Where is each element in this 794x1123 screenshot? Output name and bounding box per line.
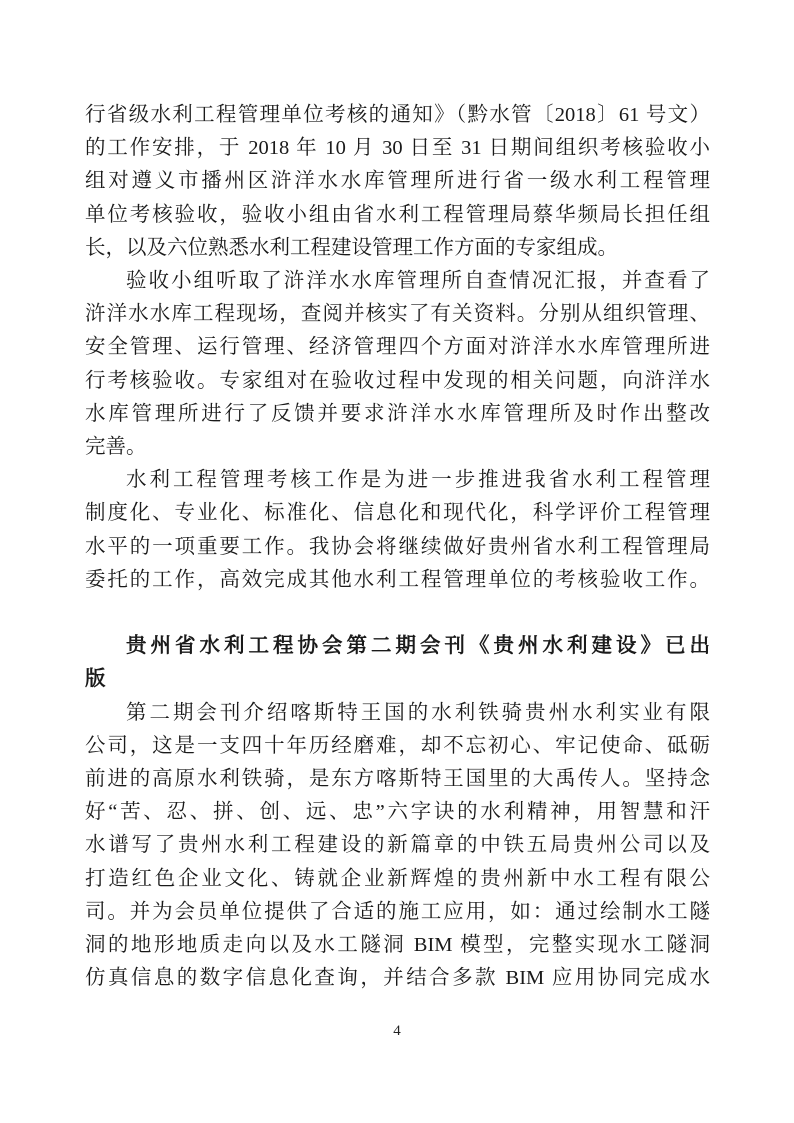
section-heading: 贵州省水利工程协会第二期会刊《贵州水利建设》已出版 [85, 630, 710, 696]
text-line: 公司，这是一支四十年历经磨难，却不忘初心、牢记使命、砥砺 [85, 730, 710, 763]
text-line: 完善。 [85, 431, 710, 464]
text-line: 洞的地形地质走向以及水工隧洞 BIM 模型，完整实现水工隧洞 [85, 929, 710, 962]
document-page: 行省级水利工程管理单位考核的通知》（黔水管〔2018〕61 号文）的工作安排，于… [0, 0, 794, 1123]
text-line: 浒洋水水库工程现场，查阅并核实了有关资料。分别从组织管理、 [85, 298, 710, 331]
text-line: 组对遵义市播州区浒洋水水库管理所进行省一级水利工程管理 [85, 165, 710, 198]
text-line: 行省级水利工程管理单位考核的通知》（黔水管〔2018〕61 号文） [85, 99, 710, 132]
text-line: 第二期会刊介绍喀斯特王国的水利铁骑贵州水利实业有限 [85, 697, 710, 730]
text-line: 水库管理所进行了反馈并要求浒洋水水库管理所及时作出整改 [85, 398, 710, 431]
text-line: 验收小组听取了浒洋水水库管理所自查情况汇报，并查看了 [85, 265, 710, 298]
text-line: 水平的一项重要工作。我协会将继续做好贵州省水利工程管理局 [85, 531, 710, 564]
page-number: 4 [0, 1022, 794, 1040]
text-line: 安全管理、运行管理、经济管理四个方面对浒洋水水库管理所进 [85, 331, 710, 364]
text-line: 长，以及六位熟悉水利工程建设管理工作方面的专家组成。 [85, 232, 710, 265]
paragraph: 验收小组听取了浒洋水水库管理所自查情况汇报，并查看了浒洋水水库工程现场，查阅并核… [85, 265, 710, 464]
text-line: 水谱写了贵州水利工程建设的新篇章的中铁五局贵州公司以及 [85, 829, 710, 862]
text-line: 司。并为会员单位提供了合适的施工应用，如：通过绘制水工隧 [85, 896, 710, 929]
text-line: 水利工程管理考核工作是为进一步推进我省水利工程管理 [85, 464, 710, 497]
text-line: 版 [85, 663, 710, 696]
text-line: 打造红色企业文化、铸就企业新辉煌的贵州新中水工程有限公 [85, 863, 710, 896]
text-line: 单位考核验收，验收小组由省水利工程管理局蔡华频局长担任组 [85, 199, 710, 232]
text-line: 前进的高原水利铁骑，是东方喀斯特王国里的大禹传人。坚持念 [85, 763, 710, 796]
text-line: 制度化、专业化、标准化、信息化和现代化，科学评价工程管理 [85, 497, 710, 530]
text-line: 委托的工作，高效完成其他水利工程管理单位的考核验收工作。 [85, 564, 710, 597]
document-body: 行省级水利工程管理单位考核的通知》（黔水管〔2018〕61 号文）的工作安排，于… [85, 99, 710, 995]
text-line: 贵州省水利工程协会第二期会刊《贵州水利建设》已出 [85, 630, 710, 663]
paragraph: 行省级水利工程管理单位考核的通知》（黔水管〔2018〕61 号文）的工作安排，于… [85, 99, 710, 265]
text-line: 好“苦、忍、拼、创、远、忠”六字诀的水利精神，用智慧和汗 [85, 796, 710, 829]
text-line: 行考核验收。专家组对在验收过程中发现的相关问题，向浒洋水 [85, 365, 710, 398]
text-line: 的工作安排，于 2018 年 10 月 30 日至 31 日期间组织考核验收小 [85, 132, 710, 165]
paragraph: 水利工程管理考核工作是为进一步推进我省水利工程管理制度化、专业化、标准化、信息化… [85, 464, 710, 597]
paragraph: 第二期会刊介绍喀斯特王国的水利铁骑贵州水利实业有限公司，这是一支四十年历经磨难，… [85, 697, 710, 996]
text-line: 仿真信息的数字信息化查询，并结合多款 BIM 应用协同完成水 [85, 962, 710, 995]
